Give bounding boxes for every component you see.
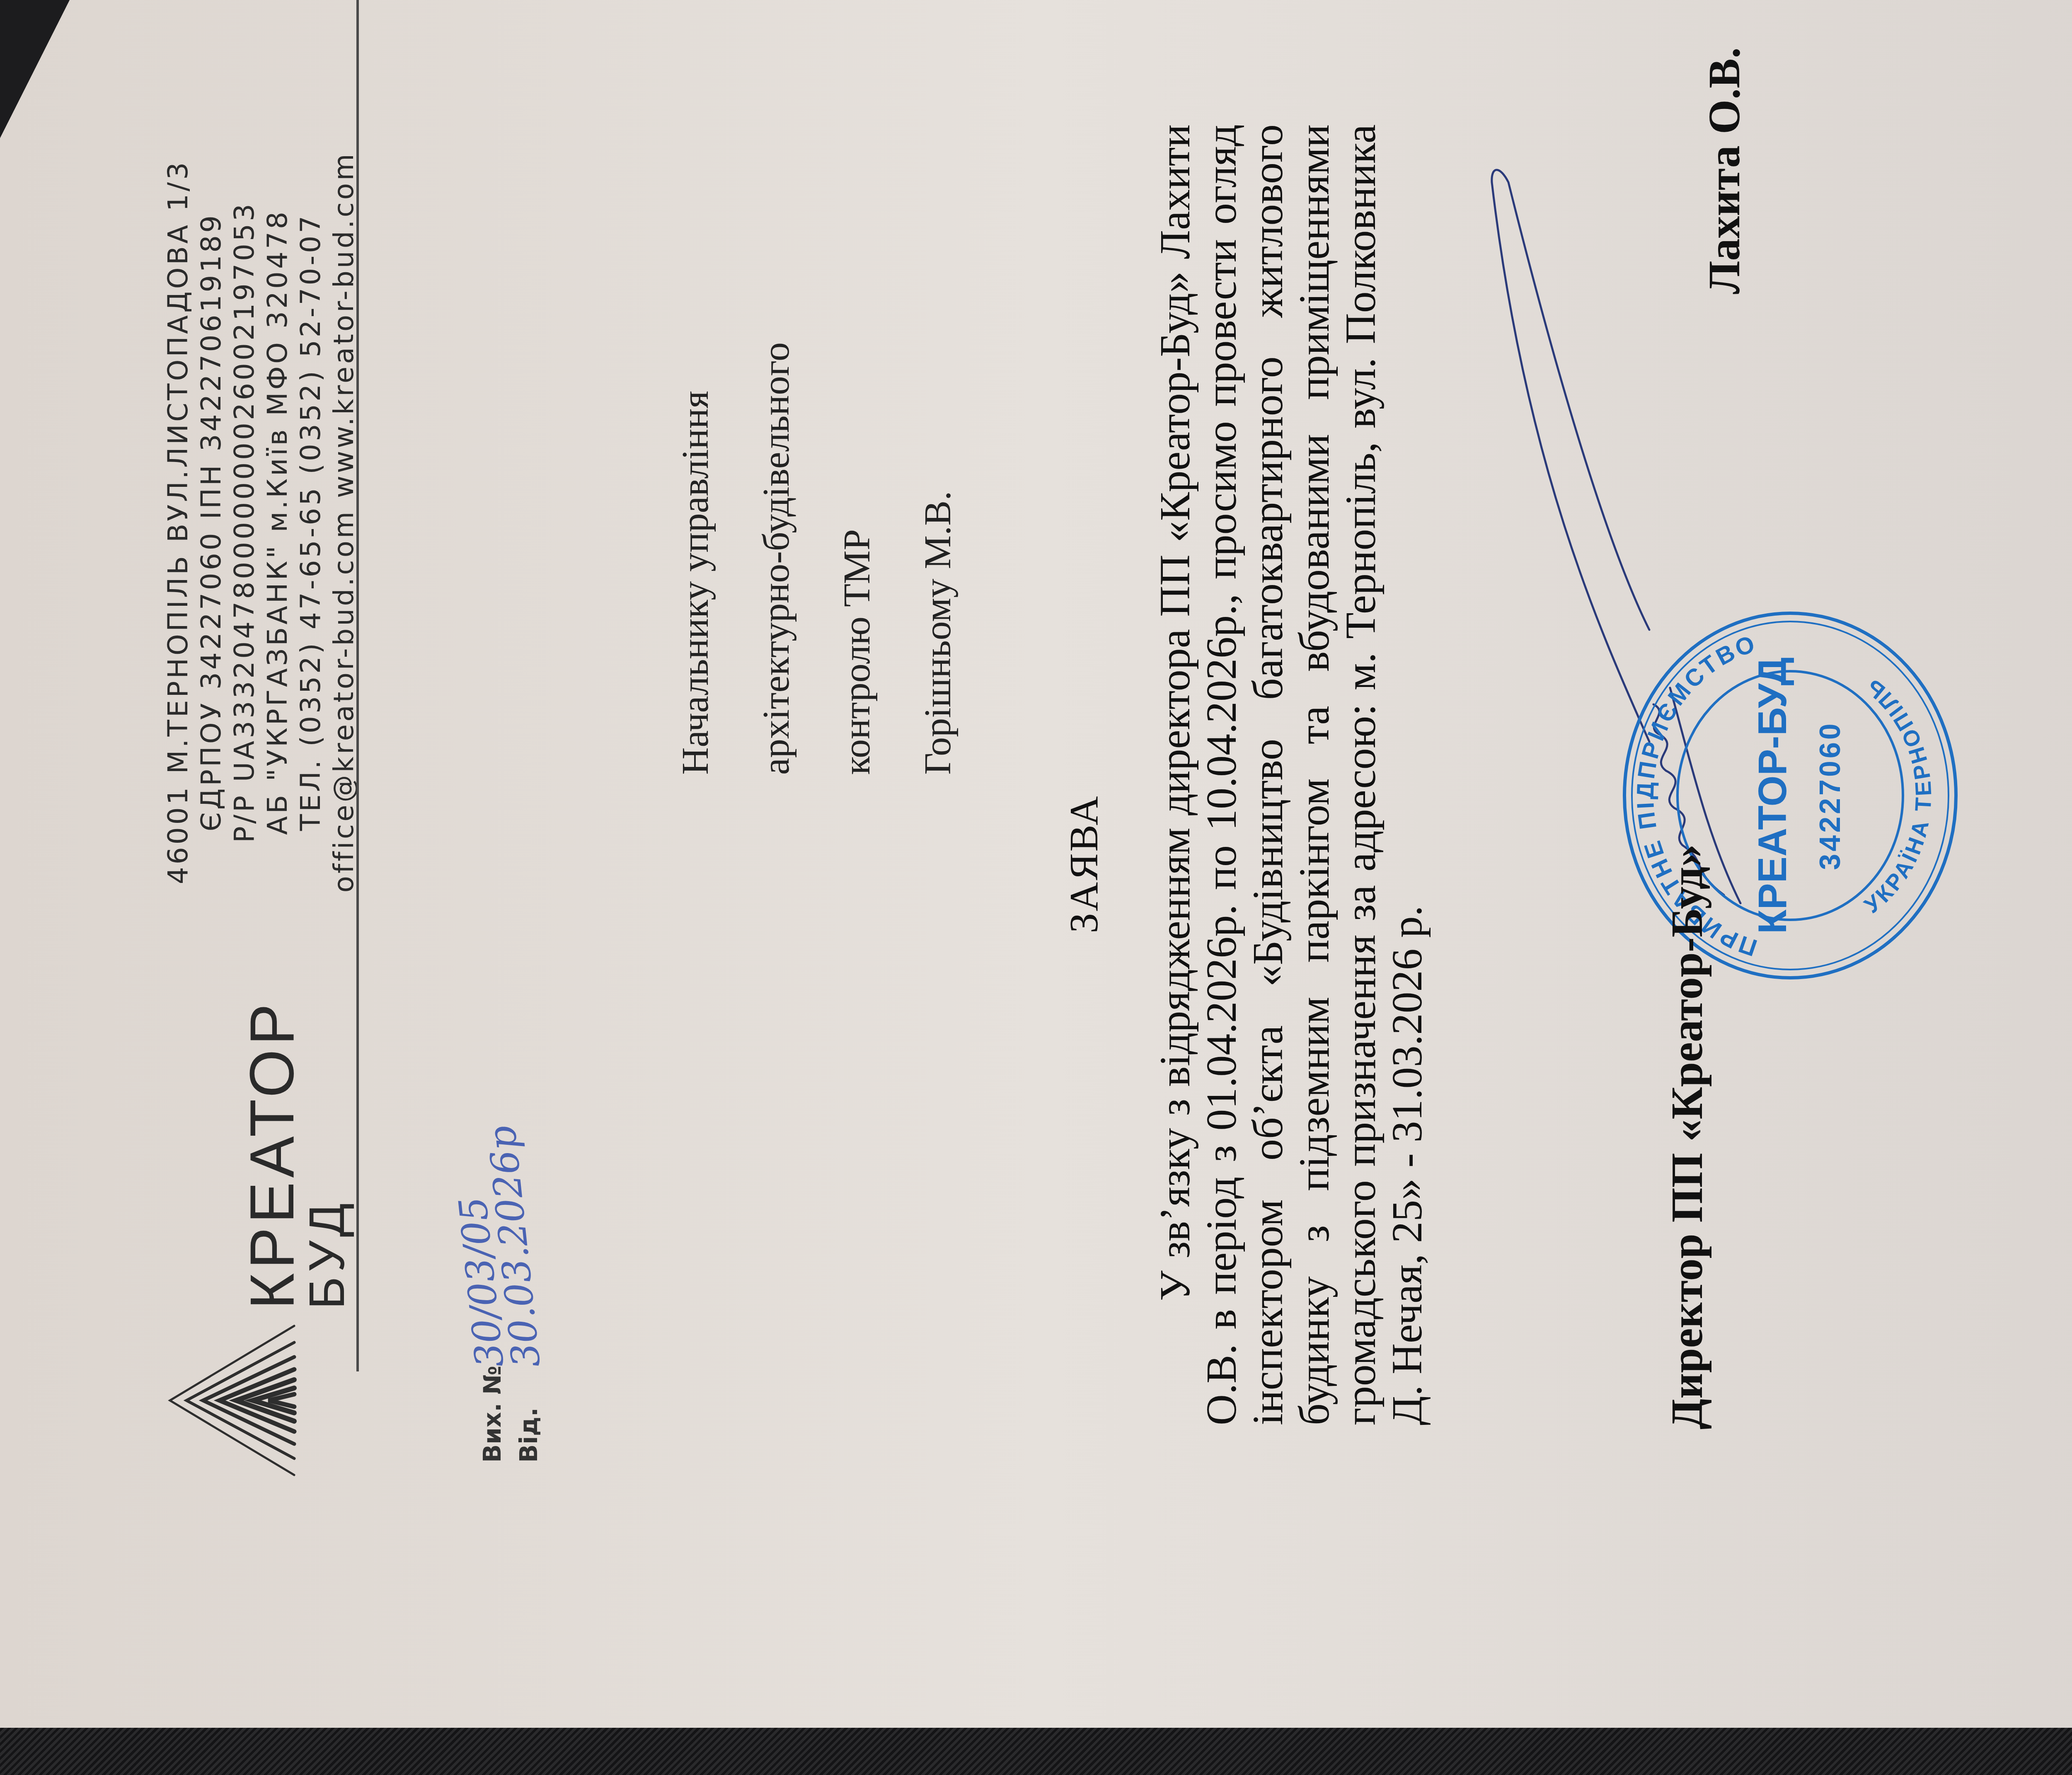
requisite-address: 46001 М.ТЕРНОПІЛЬ ВУЛ.ЛИСТОПАДОВА 1/3 xyxy=(162,0,195,1081)
logo-text-bud: БУД xyxy=(298,1197,356,1309)
header-divider xyxy=(356,0,359,1371)
requisite-account: Р/Р UA333204780000000026002197053 xyxy=(228,0,261,1081)
requisite-edrpou: ЄДРПОУ 34227060 ІПН 342270619189 xyxy=(195,0,228,1081)
document-page: КРЕАТОР БУД 46001 М.ТЕРНОПІЛЬ ВУЛ.ЛИСТОП… xyxy=(0,0,2072,1728)
addressee-line: Начальнику управління xyxy=(655,70,736,775)
signatory-position: Директор ПП «Креатор-Буд» xyxy=(1662,844,1713,1429)
outgoing-reference: Вих. № 30/03/05 Від. 30.03.2026р xyxy=(472,883,545,1463)
stamp-center-name: КРЕАТОР-БУД xyxy=(1750,657,1795,934)
body-paragraph: У зв’язку з відрядженням директора ПП «К… xyxy=(1152,124,1431,1425)
outgoing-number-label: Вих. № xyxy=(478,1366,506,1463)
background-fabric-bottom xyxy=(0,1725,2072,1775)
document-title: ЗАЯВА xyxy=(1061,0,1107,1728)
addressee-line: контролю ТМР xyxy=(816,70,897,775)
paper-sheet: КРЕАТОР БУД 46001 М.ТЕРНОПІЛЬ ВУЛ.ЛИСТОП… xyxy=(0,0,2072,1728)
addressee-line: архітектурно-будівельного xyxy=(736,70,816,775)
company-requisites: 46001 М.ТЕРНОПІЛЬ ВУЛ.ЛИСТОПАДОВА 1/3 ЄД… xyxy=(162,0,361,1081)
signatory-name: Лахита О.В. xyxy=(1699,47,1750,294)
requisite-phone: ТЕЛ. (0352) 47-65-65 (0352) 52-70-07 xyxy=(294,0,327,1081)
requisite-email-web: office@kreator-bud.com www.kreator-bud.c… xyxy=(327,0,361,1081)
company-logo: КРЕАТОР БУД xyxy=(162,1152,352,1483)
outgoing-date-label: Від. xyxy=(515,1407,543,1463)
stamp-center-code: 34227060 xyxy=(1814,721,1846,870)
chevron-stack-logo-icon xyxy=(162,1318,298,1483)
requisite-bank: АБ "УКРГАЗБАНК" м.Київ МФО 320478 xyxy=(261,0,294,1081)
addressee-line: Горішньому М.В. xyxy=(897,70,978,775)
addressee-block: Начальнику управління архітектурно-будів… xyxy=(655,70,978,775)
